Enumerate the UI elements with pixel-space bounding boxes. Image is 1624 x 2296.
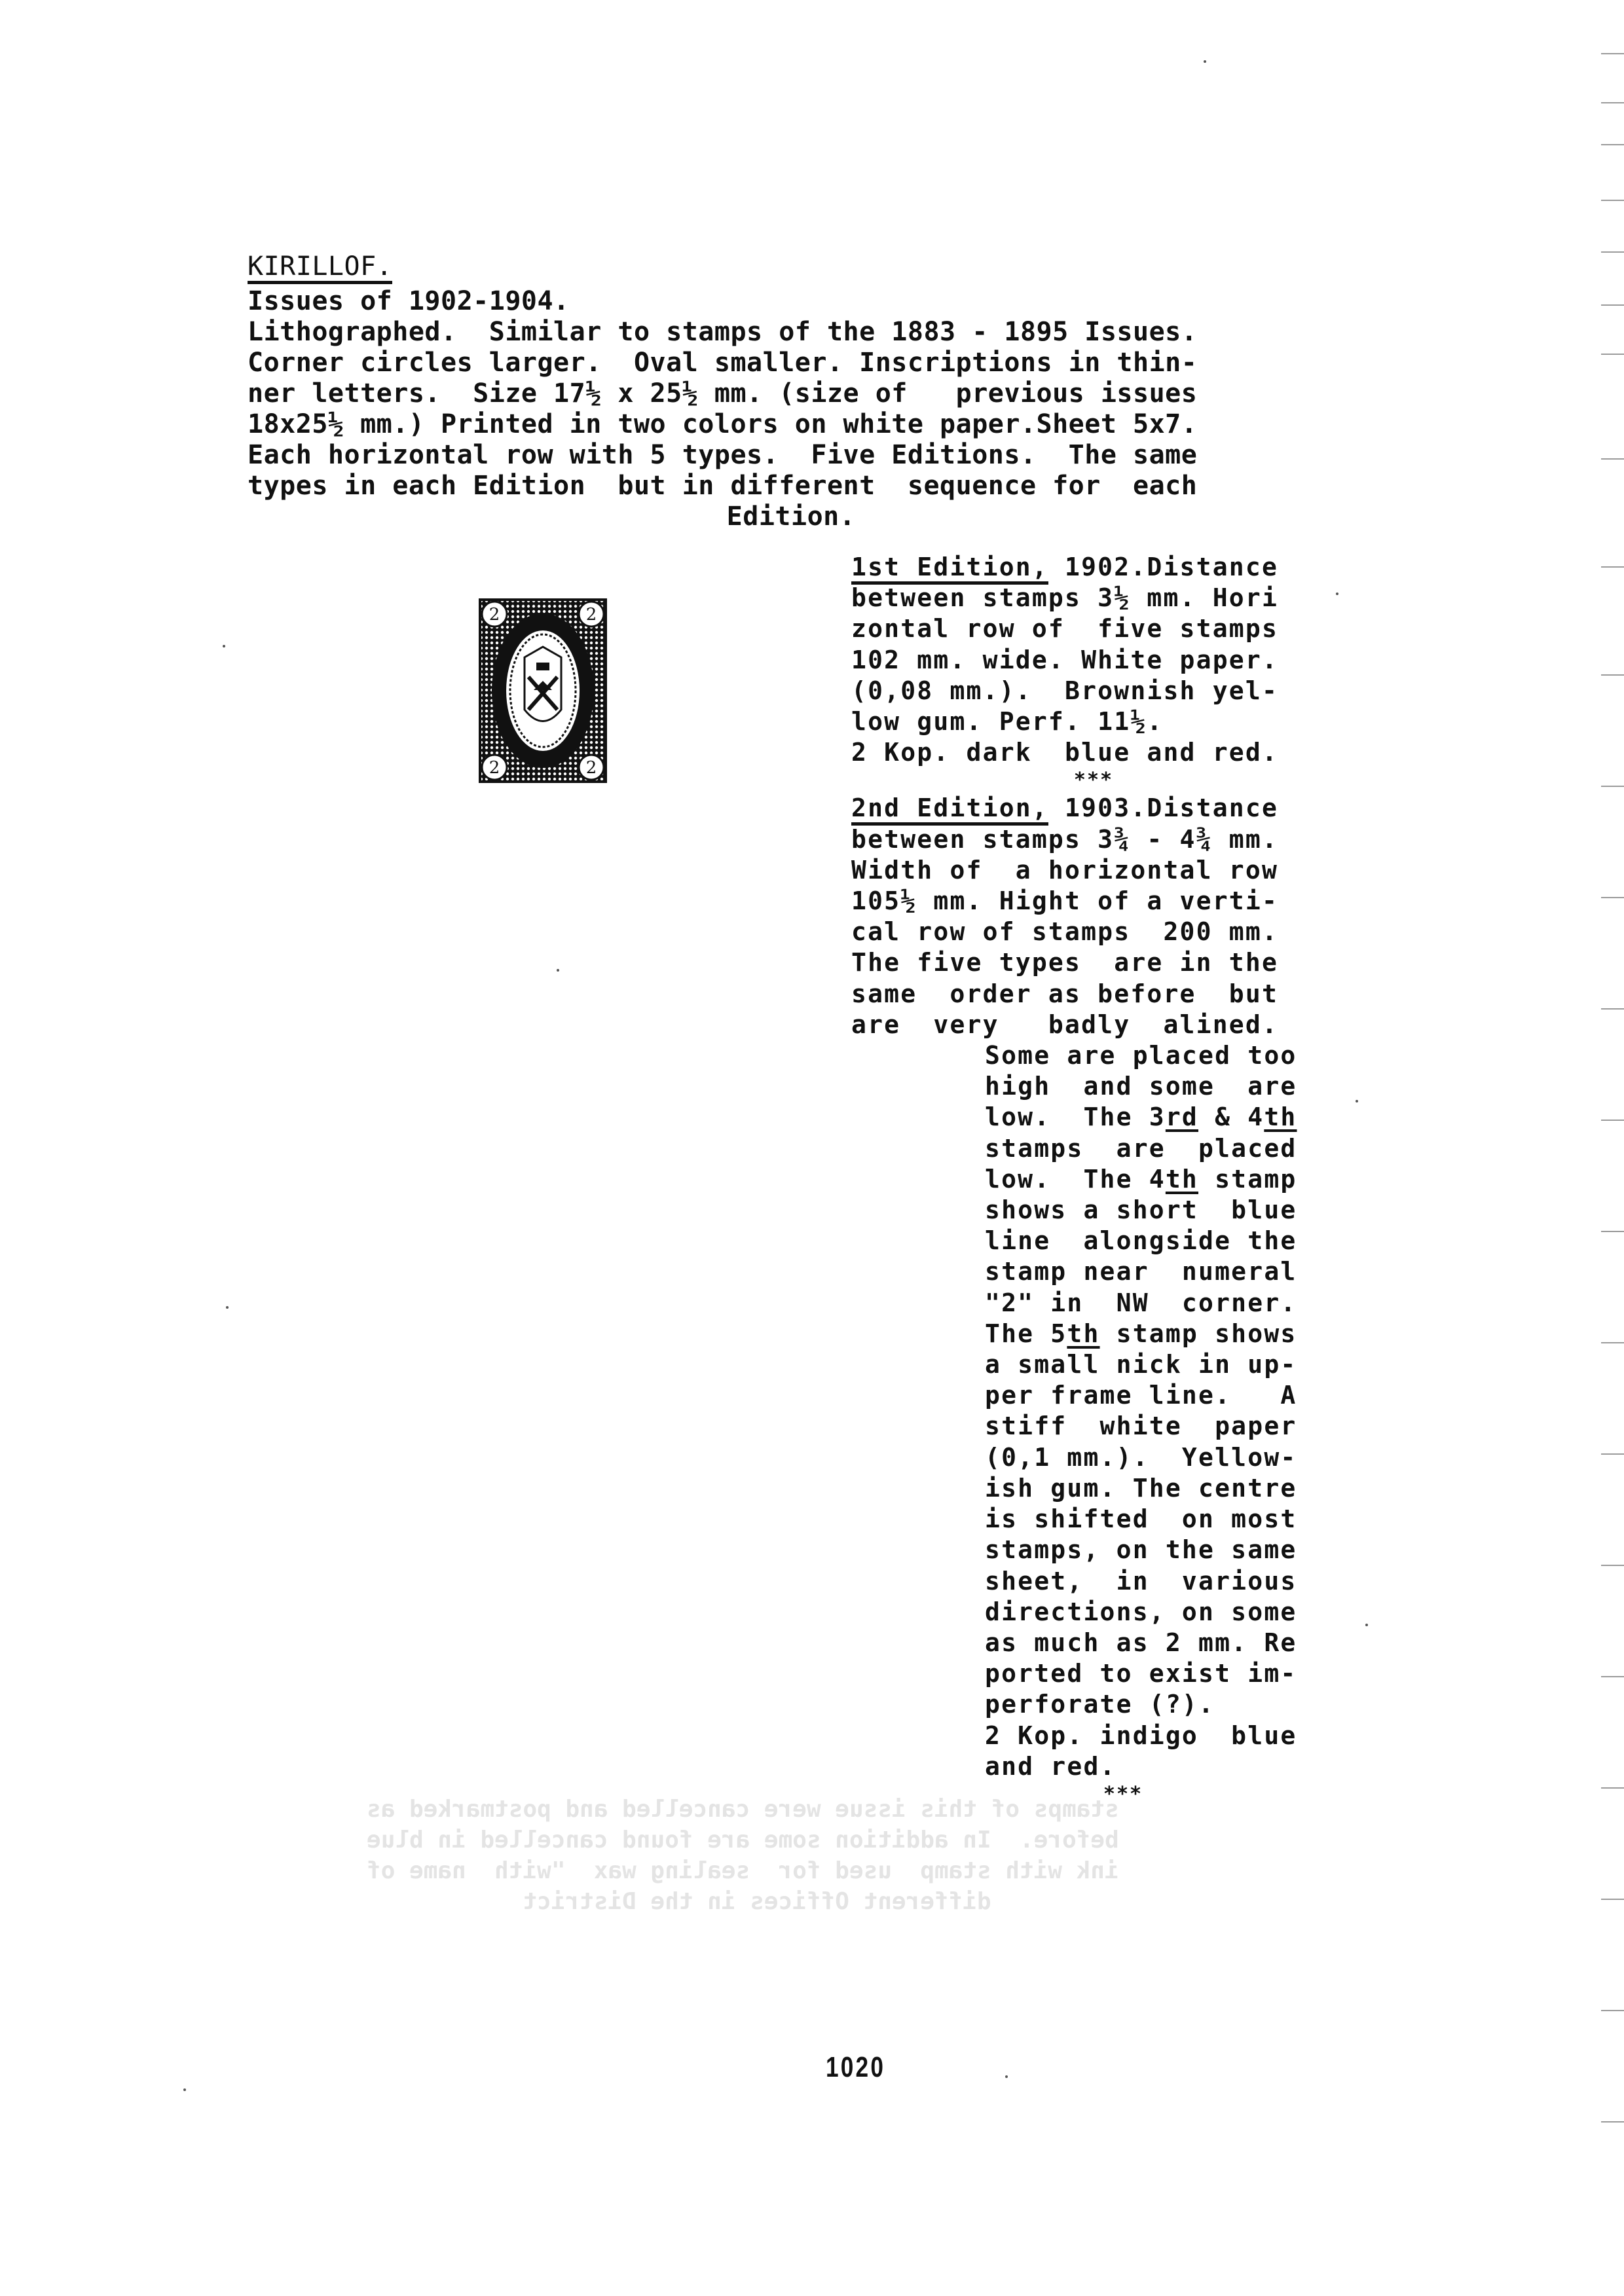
margin-tick <box>1601 102 1624 103</box>
margin-tick <box>1601 1899 1624 1900</box>
edition-line: 2 Kop. dark blue and red. <box>851 737 1336 768</box>
margin-tick <box>1601 2121 1624 2123</box>
edition-heading: 2nd Edition, <box>851 793 1048 826</box>
scan-speck <box>1356 1100 1358 1102</box>
edition-line: are very badly alined. <box>851 1010 1336 1040</box>
edition-line: perforate (?). <box>985 1689 1336 1720</box>
edition-line: high and some are <box>985 1071 1336 1102</box>
ordinal-suffix: th <box>1067 1319 1099 1348</box>
margin-tick <box>1601 1120 1624 1121</box>
edition-line: same order as before but <box>851 979 1336 1010</box>
edition-line: stamp near numeral <box>985 1256 1336 1287</box>
edition-line: ported to exist im- <box>985 1658 1336 1689</box>
svg-text:2: 2 <box>586 758 597 778</box>
edition-line: line alongside the <box>985 1226 1336 1256</box>
edition-line: stamps are placed <box>985 1133 1336 1164</box>
stamp-illustration: 2 2 2 2 <box>479 598 607 783</box>
intro-line-final: Edition. <box>248 501 1335 532</box>
edition-line: stiff white paper <box>985 1411 1336 1442</box>
edition-line: "2" in NW corner. <box>985 1288 1336 1319</box>
edition-line: (0,08 mm.). Brownish yel- <box>851 676 1336 706</box>
ordinal-suffix: th <box>1264 1102 1297 1131</box>
margin-tick <box>1601 786 1624 787</box>
page-number: 1020 <box>826 2051 885 2084</box>
edition-line: cal row of stamps 200 mm. <box>851 917 1336 947</box>
margin-tick <box>1601 1008 1624 1010</box>
margin-tick <box>1601 1231 1624 1232</box>
margin-tick <box>1601 1787 1624 1789</box>
issue-subtitle: Issues of 1902-1904. <box>248 286 1335 317</box>
edition-line: zontal row of five stamps <box>851 613 1336 644</box>
edition-line: a small nick in up- <box>985 1349 1336 1380</box>
edition-line: between stamps 3½ mm. Hori <box>851 583 1336 613</box>
edition-line: is shifted on most <box>985 1504 1336 1535</box>
edition-heading: 1st Edition, <box>851 553 1048 585</box>
svg-text:2: 2 <box>489 605 500 625</box>
margin-tick <box>1601 144 1624 145</box>
scan-speck <box>1204 60 1206 63</box>
intro-line: types in each Edition but in different s… <box>248 471 1335 501</box>
margin-tick <box>1601 304 1624 306</box>
margin-tick <box>1601 200 1624 201</box>
intro-line: Each horizontal row with 5 types. Five E… <box>248 440 1335 471</box>
edition-line: as much as 2 mm. Re <box>985 1628 1336 1658</box>
editions-column: 1st Edition, 1902.Distance between stamp… <box>851 552 1336 1807</box>
margin-tick <box>1601 897 1624 898</box>
intro-line: 18x25½ mm.) Printed in two colors on whi… <box>248 409 1335 440</box>
edition-heading-rest: 1903.Distance <box>1048 793 1278 822</box>
edition-line: low. The 4th stamp <box>985 1164 1336 1195</box>
edition-line: (0,1 mm.). Yellow- <box>985 1442 1336 1473</box>
edition-line: Some are placed too <box>985 1040 1336 1071</box>
edition-line: 105½ mm. Hight of a verti- <box>851 886 1336 917</box>
stamp-image-icon: 2 2 2 2 <box>479 598 607 783</box>
margin-tick <box>1601 53 1624 54</box>
scan-speck <box>1336 592 1338 595</box>
margin-tick <box>1601 1565 1624 1566</box>
intro-line: ner letters. Size 17½ x 25½ mm. (size of… <box>248 378 1335 409</box>
scan-speck <box>1365 1624 1368 1626</box>
intro-line: Lithographed. Similar to stamps of the 1… <box>248 317 1335 348</box>
intro-block: KIRILLOF. Issues of 1902-1904. Lithograp… <box>248 251 1335 532</box>
scan-speck <box>183 2088 186 2091</box>
edition-heading-rest: 1902.Distance <box>1048 553 1278 581</box>
edition-indented-block: Some are placed toohigh and some arelow.… <box>851 1040 1336 1782</box>
edition-line: between stamps 3¾ - 4¾ mm. <box>851 824 1336 855</box>
edition-line: and red. <box>985 1751 1336 1782</box>
ordinal-suffix: rd <box>1166 1102 1198 1131</box>
edition-line: 2 Kop. indigo blue <box>985 1721 1336 1751</box>
margin-tick <box>1601 1676 1624 1677</box>
ordinal-suffix: th <box>1166 1165 1198 1194</box>
svg-text:2: 2 <box>489 758 500 778</box>
scan-speck <box>226 1306 229 1309</box>
margin-tick <box>1601 251 1624 253</box>
margin-tick <box>1601 1342 1624 1343</box>
section-separator: *** <box>851 768 1336 793</box>
edition-line: shows a short blue <box>985 1195 1336 1226</box>
edition-line: per frame line. A <box>985 1380 1336 1411</box>
margin-tick <box>1601 1453 1624 1455</box>
page-title: KIRILLOF. <box>248 252 392 284</box>
margin-tick <box>1601 566 1624 568</box>
margin-tick <box>1601 674 1624 676</box>
edition-line: low. The 3rd & 4th <box>985 1102 1336 1133</box>
margin-tick <box>1601 2010 1624 2011</box>
edition-line: sheet, in various <box>985 1566 1336 1597</box>
margin-tick <box>1601 458 1624 460</box>
svg-text:2: 2 <box>586 605 597 625</box>
edition-line: ish gum. The centre <box>985 1473 1336 1504</box>
edition-line: directions, on some <box>985 1597 1336 1628</box>
edition-line: low gum. Perf. 11½. <box>851 706 1336 737</box>
edition-line: The 5th stamp shows <box>985 1319 1336 1349</box>
margin-tick <box>1601 354 1624 355</box>
edition-1: 1st Edition, 1902.Distance between stamp… <box>851 552 1336 793</box>
scan-speck <box>557 969 559 972</box>
document-page: KIRILLOF. Issues of 1902-1904. Lithograp… <box>0 0 1624 2296</box>
edition-2: 2nd Edition, 1903.Distance between stamp… <box>851 793 1336 1807</box>
edition-line: stamps, on the same <box>985 1535 1336 1565</box>
edition-line: Width of a horizontal row <box>851 855 1336 886</box>
edition-line: 102 mm. wide. White paper. <box>851 645 1336 676</box>
intro-line: Corner circles larger. Oval smaller. Ins… <box>248 348 1335 378</box>
edition-line: The five types are in the <box>851 947 1336 978</box>
bleed-through-text: stamps of this issue were cancelled and … <box>367 1794 1119 1917</box>
scan-speck <box>223 645 225 647</box>
scan-speck <box>1005 2075 1008 2078</box>
